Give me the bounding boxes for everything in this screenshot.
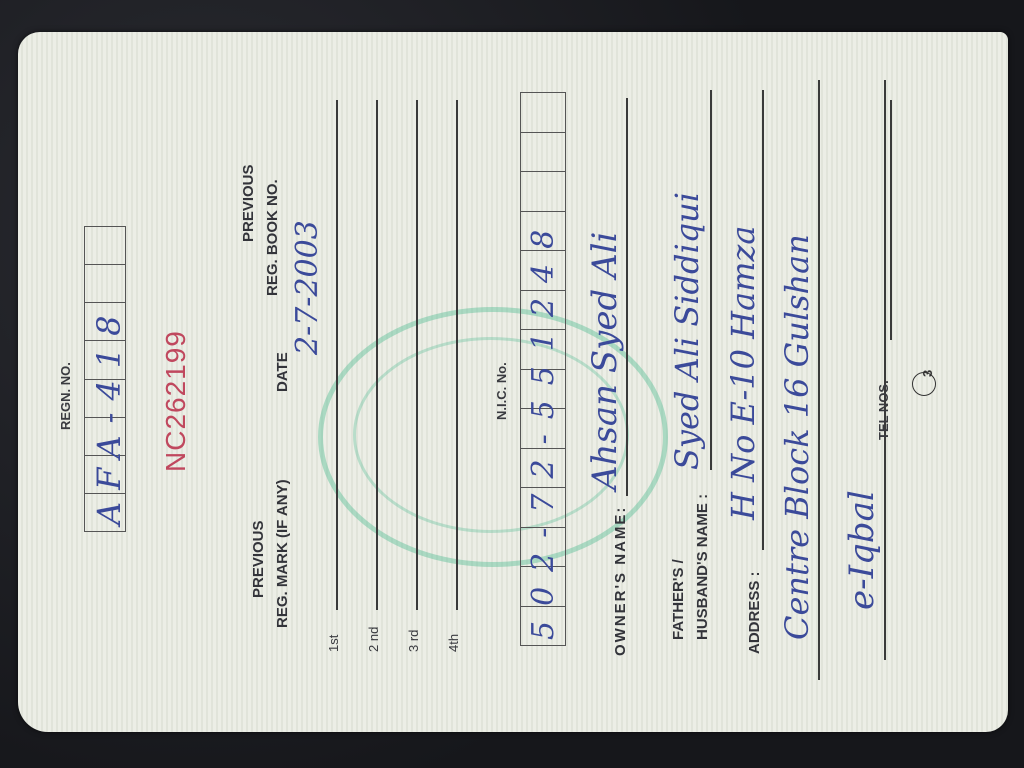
previous-book-label-1: PREVIOUS [240,164,257,242]
address-value-line-2: Centre Block 16 Gulshan [778,234,816,640]
page-number-badge: 3 [912,372,936,396]
owner-name-value: Ahsan Syed Ali [585,232,625,490]
address-label: ADDRESS : [746,571,763,654]
owner-name-label: OWNER'S NAME: [612,506,629,656]
ordinal-line-3 [416,100,418,610]
previous-reg-mark-label-2: REG. MARK (IF ANY) [274,479,291,628]
serial-number: NC262199 [160,330,192,472]
date-label: DATE [274,352,291,392]
ordinal-4th: 4th [446,634,461,652]
nic-label: N.I.C. No. [494,362,509,420]
regn-no-value: AFA-418 [90,303,128,525]
page-number: 3 [920,369,935,376]
ordinal-1st: 1st [326,635,341,652]
nic-value: 502-72-551248 [526,215,561,640]
address-value-line-1: H No E-10 Hamza [724,226,762,520]
ordinal-line-1 [336,100,338,610]
ordinal-3rd: 3 rd [406,630,421,652]
address-line-3 [884,80,886,660]
tel-nos-label: TEL NOS. [876,380,891,440]
address-value-line-3: e-Iqbal [842,490,882,610]
father-label-2: HUSBAND'S NAME : [694,494,711,640]
father-label-1: FATHER'S / [670,559,687,640]
previous-reg-mark-label-1: PREVIOUS [250,520,267,598]
address-line-1 [762,90,764,550]
owner-name-line [626,98,628,496]
father-name-value: Syed Ali Siddiqui [668,192,706,470]
ordinal-2nd: 2 nd [366,627,381,652]
date-value: 2-7-2003 [290,220,325,355]
tel-nos-line [890,100,892,340]
regn-no-label: REGN. NO. [58,362,73,430]
address-line-2 [818,80,820,680]
ordinal-line-4 [456,100,458,610]
ordinal-line-2 [376,100,378,610]
previous-book-label-2: REG. BOOK NO. [264,179,281,296]
father-name-line [710,90,712,470]
